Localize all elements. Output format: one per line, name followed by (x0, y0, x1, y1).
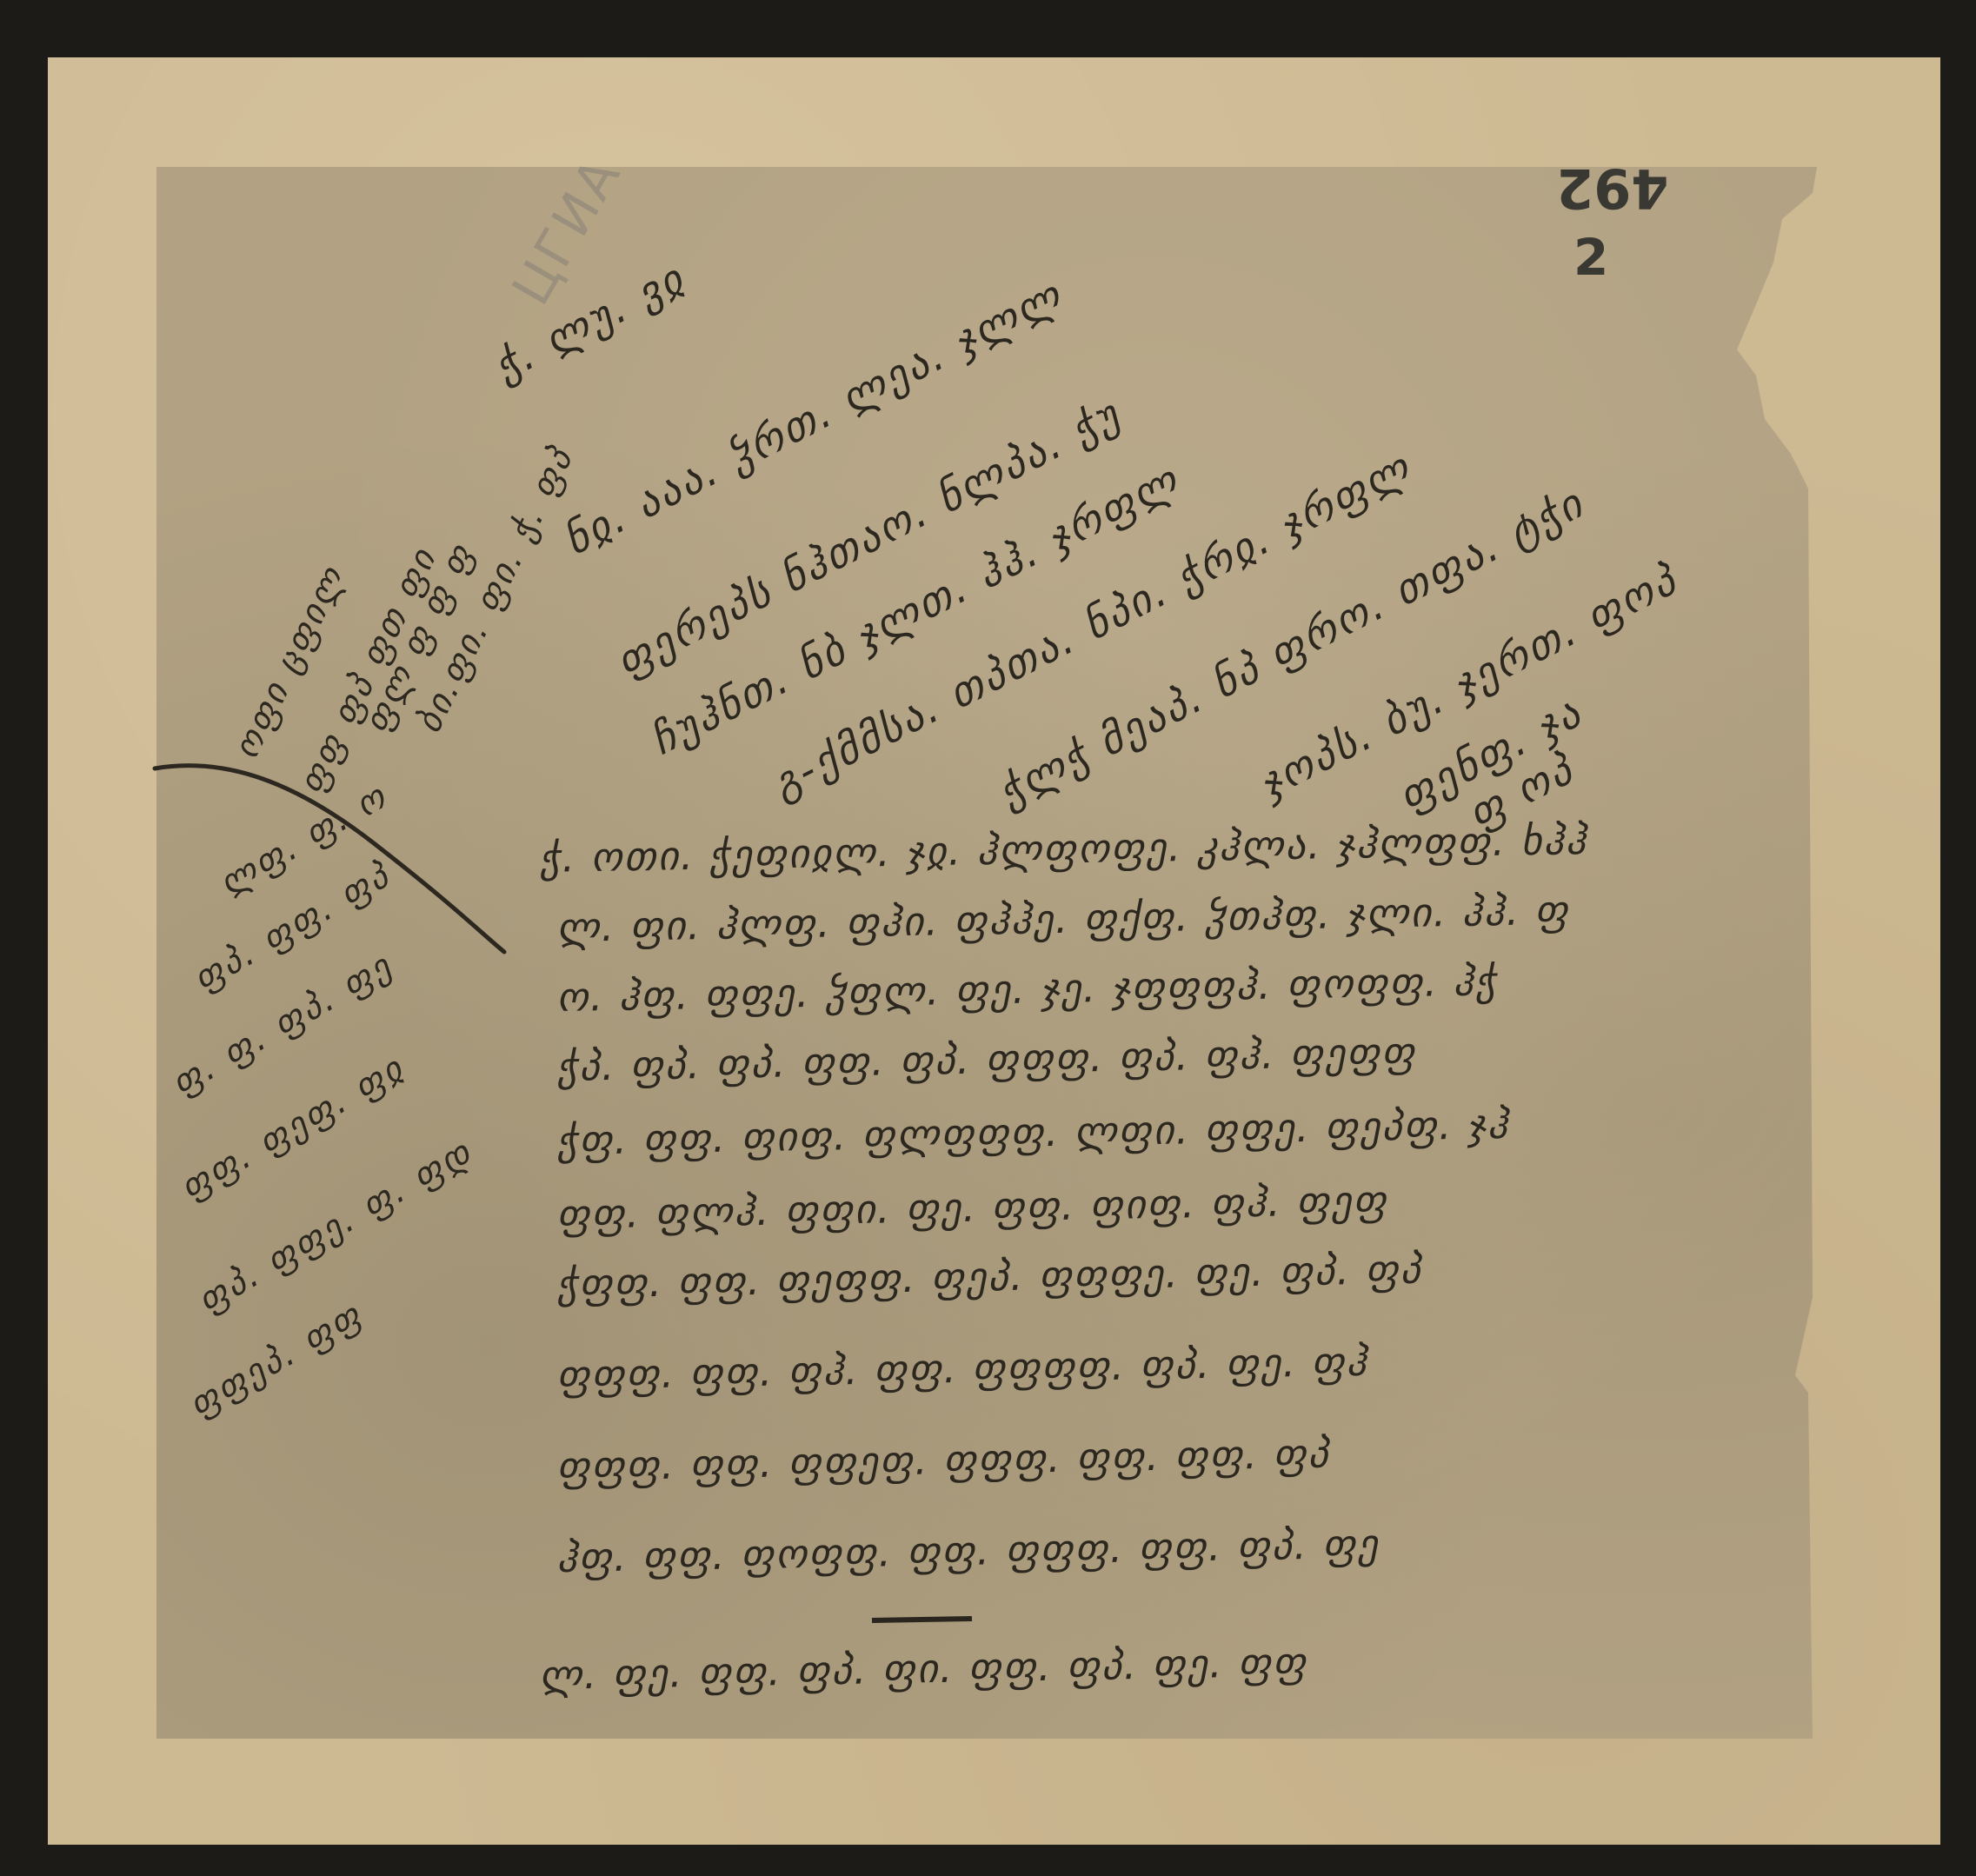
folio-number: 492 (1556, 161, 1668, 215)
folio-sub-number: 2 (1573, 228, 1608, 287)
margin-divider-stroke (148, 748, 522, 974)
